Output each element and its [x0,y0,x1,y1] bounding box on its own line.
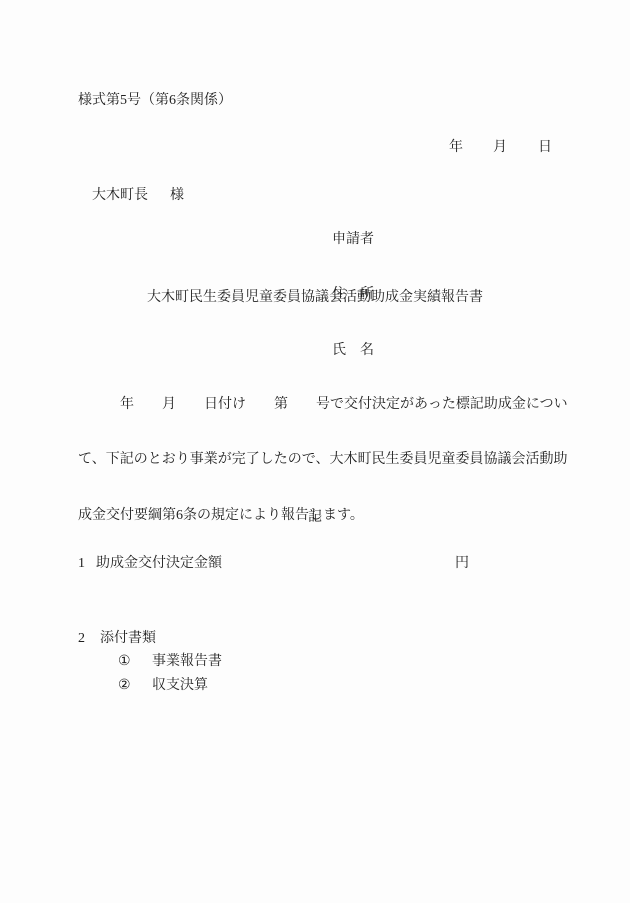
section-marker: 記 [0,510,630,526]
addressee-honorific: 様 [170,188,184,203]
document-page: 様式第5号（第6条関係） 年月日 大木町長様 申請者 住 所 氏 名 大木町民生… [0,0,630,903]
date-year-label: 年 [449,140,463,155]
attachment-2-label: 収支決算 [152,678,208,694]
addressee-line: 大木町長様 [78,172,184,220]
date-day-label: 日 [538,140,552,155]
attachment-1-label: 事業報告書 [152,654,222,670]
document-title: 大木町民生委員児童委員協議会活動助成金実績報告書 [0,290,630,306]
body-paragraph-line: て、下記のとおり事業が完了したので、大木町民生委員児童委員協議会活動助 [78,448,570,471]
applicant-heading: 申請者 [332,228,374,251]
item-1-label: 助成金交付決定金額 [96,556,222,572]
date-month-label: 月 [493,140,507,155]
item-1-unit: 円 [455,556,469,572]
form-number: 様式第5号（第6条関係） [78,93,232,109]
addressee-name: 大木町長 [92,188,148,203]
item-2-label: 添付書類 [100,631,156,647]
applicant-name-label: 氏 名 [332,339,374,362]
item-2-number: 2 [78,631,85,647]
date-line: 年月日 [78,124,552,172]
body-paragraph: 年 月 日付け 第 号で交付決定があった標記助成金につい て、下記のとおり事業が… [78,361,570,559]
attachment-2-marker: ② [118,678,131,694]
body-paragraph-line: 年 月 日付け 第 号で交付決定があった標記助成金につい [78,393,570,416]
item-1-number: 1 [78,556,85,572]
attachment-1-marker: ① [118,654,131,670]
